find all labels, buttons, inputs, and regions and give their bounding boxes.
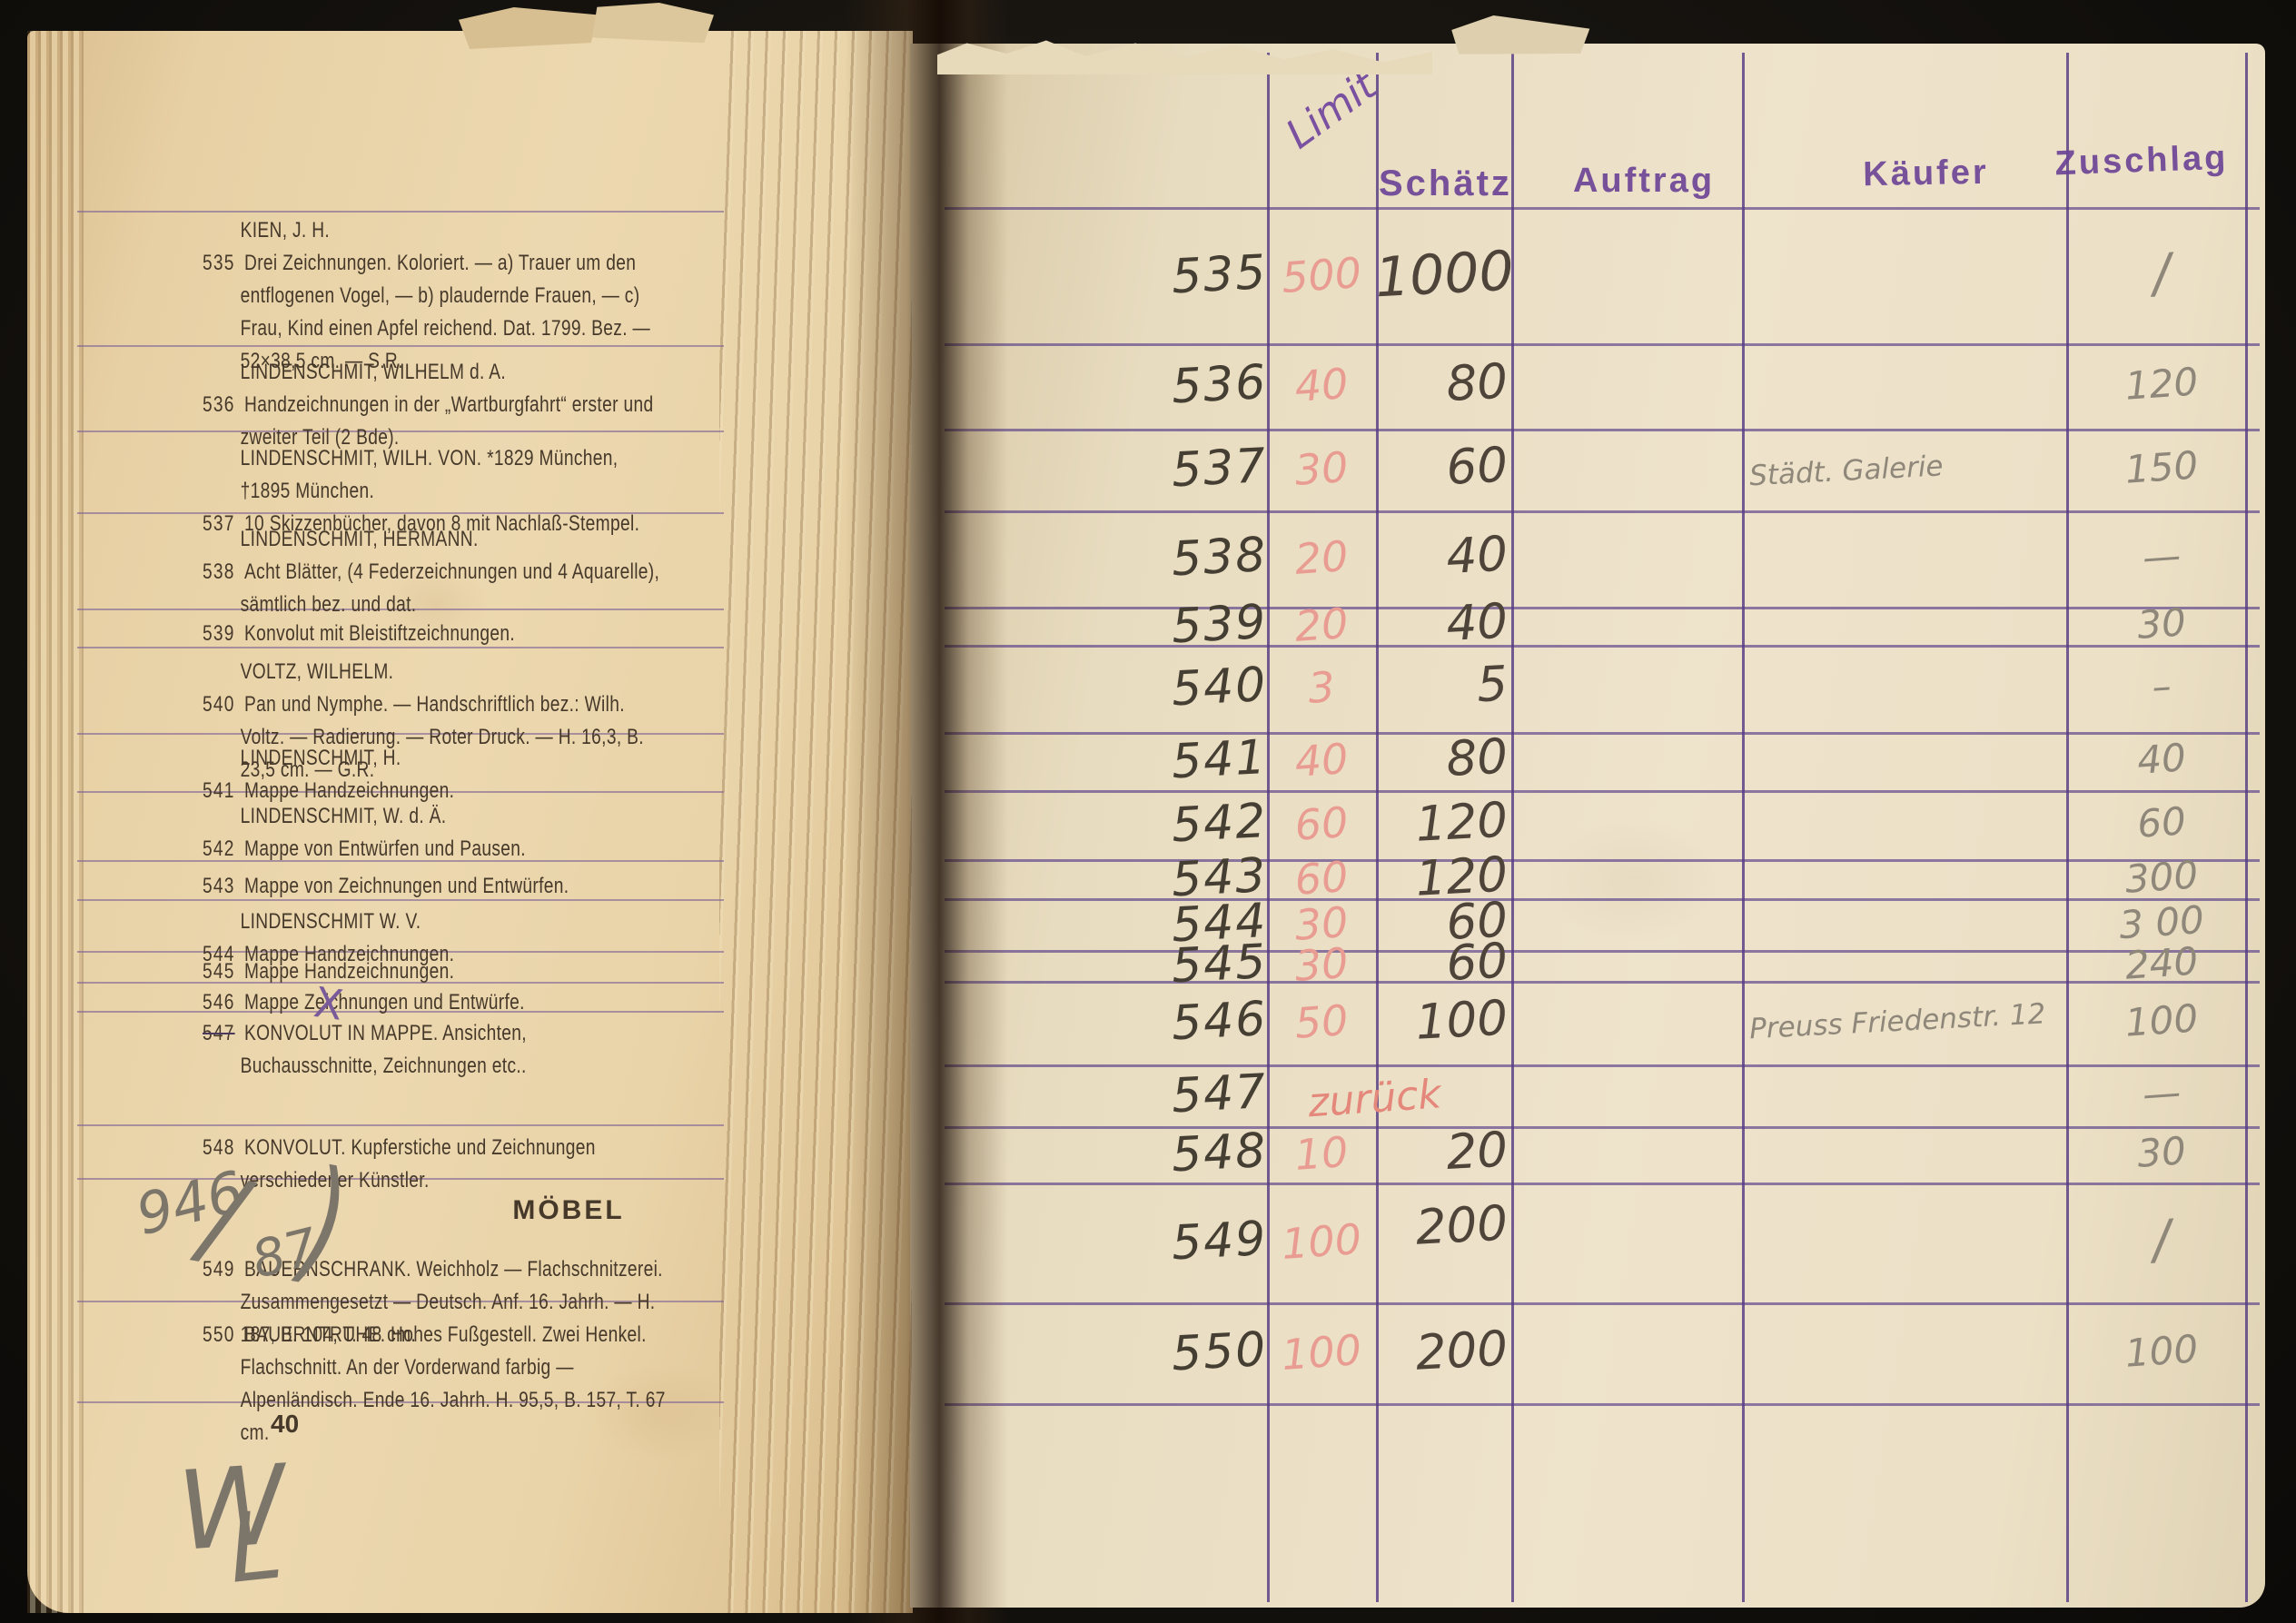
kaeufer-value: Preuss Friedenstr. 12: [1748, 996, 2069, 1045]
entry-description: 547KONVOLUT IN MAPPE. Ansichten, Buchaus…: [203, 1017, 668, 1083]
entry-description: 545Mappe Handzeichnungen.: [203, 955, 668, 988]
lot-number-hw: 540: [1170, 658, 1263, 717]
ledger-row: 541 40 80 40: [1172, 732, 2261, 790]
lot-number-hw: 535: [1170, 245, 1263, 304]
schaetz-value: 200: [1374, 1321, 1509, 1383]
catalog-entry: 546Mappe Zeichnungen und Entwürfe.: [203, 986, 668, 1019]
lot-number-hw: 546: [1170, 992, 1263, 1051]
kaeufer-value: [1749, 680, 2069, 697]
limit-value: 500: [1266, 247, 1376, 303]
lot-number: 545: [203, 959, 235, 984]
limit-value: 100: [1266, 1213, 1376, 1270]
lot-number-hw: 548: [1170, 1123, 1263, 1183]
catalog-entry: LINDENSCHMIT, H. 541Mappe Handzeichnunge…: [203, 742, 668, 807]
kaeufer-value: [1749, 1087, 2069, 1103]
lot-number-hw: 549: [1170, 1212, 1263, 1271]
catalog-entry: 545Mappe Handzeichnungen.: [203, 955, 668, 988]
catalog-entry: 539Konvolut mit Bleistiftzeichnungen.: [203, 618, 668, 650]
zuschlag-value: 30: [2072, 1123, 2252, 1181]
entry-description: 543Mappe von Zeichnungen und Entwürfen.: [203, 870, 668, 903]
zuschlag-value: 40: [2072, 730, 2252, 787]
ledger-row: 545 30 60 240: [1172, 950, 2261, 981]
artist-name: VOLTZ, WILHELM.: [203, 656, 668, 688]
limit-value: 60: [1266, 796, 1376, 852]
column-header-schaetz: Schätz: [1379, 163, 1511, 204]
lot-number-hw: 538: [1170, 528, 1263, 587]
zuschlag-value: ∕: [2071, 1202, 2252, 1277]
lot-number-hw: 542: [1170, 794, 1263, 853]
lot-number: 546: [203, 990, 235, 1014]
ledger-row: 543 60 120 300: [1172, 859, 2261, 898]
lot-number: 536: [203, 392, 235, 417]
ledger-row: 549 100 200 ∕: [1172, 1183, 2261, 1302]
ledger-row: 542 60 120 60: [1172, 790, 2261, 859]
limit-value: 50: [1266, 994, 1376, 1050]
artist-name: KIEN, J. H.: [203, 214, 668, 247]
zuschlag-value: 60: [2072, 794, 2252, 851]
entry-description: 548KONVOLUT. Kupferstiche und Zeichnunge…: [203, 1132, 668, 1197]
kaeufer-value: [1749, 957, 2069, 974]
entry-description: 539Konvolut mit Bleistiftzeichnungen.: [203, 618, 668, 650]
zuschlag-value: 100: [2072, 992, 2252, 1049]
artist-name: LINDENSCHMIT, W. d. Ä.: [203, 800, 668, 833]
entry-text: BAUERNTRUHE. Hohes Fußgestell. Zwei Henk…: [241, 1322, 666, 1445]
page-number: 40: [271, 1410, 299, 1439]
book-scan: KIEN, J. H. 535Drei Zeichnungen. Kolorie…: [0, 0, 2296, 1623]
schaetz-value: 100: [1374, 991, 1509, 1054]
artist-name: LINDENSCHMIT, H.: [203, 742, 668, 775]
entry-text: Handzeichnungen in der „Wartburgfahrt“ e…: [241, 392, 654, 450]
limit-value: 40: [1266, 357, 1376, 413]
ledger-row: 540 3 5 –: [1172, 645, 2261, 732]
entry-text: Mappe Handzeichnungen.: [244, 959, 454, 984]
rule-line: [77, 211, 724, 213]
column-header-auftrag: Auftrag: [1544, 162, 1744, 201]
catalog-entry: 547KONVOLUT IN MAPPE. Ansichten, Buchaus…: [203, 1017, 668, 1083]
artist-name: LINDENSCHMIT W. V.: [203, 906, 668, 938]
entry-description: 546Mappe Zeichnungen und Entwürfe.: [203, 986, 668, 1019]
artist-name: LINDENSCHMIT, WILH. VON. *1829 München, …: [203, 442, 668, 508]
schaetz-value: 200: [1374, 1196, 1509, 1259]
entry-text: Konvolut mit Bleistiftzeichnungen.: [244, 621, 515, 646]
kaeufer-value: [1749, 1234, 2069, 1251]
catalog-entry: 548KONVOLUT. Kupferstiche und Zeichnunge…: [203, 1132, 668, 1197]
schaetz-value: 40: [1374, 527, 1509, 589]
catalog-entry: LINDENSCHMIT, W. d. Ä. 542Mappe von Entw…: [203, 800, 668, 866]
lot-number: 542: [203, 836, 235, 861]
zuschlag-value: —: [2072, 1064, 2252, 1122]
ledger-row: 550 100 200 100: [1172, 1302, 2261, 1403]
zuschlag-value: ∕: [2071, 236, 2252, 311]
schaetz-value: 5: [1374, 657, 1509, 719]
limit-value: 3: [1266, 659, 1376, 716]
catalog-entry: LINDENSCHMIT, HERMANN. 538Acht Blätter, …: [203, 523, 668, 621]
zuschlag-value: 100: [2072, 1322, 2252, 1380]
zuschlag-value: 150: [2072, 439, 2252, 496]
kaeufer-value: [1749, 268, 2069, 284]
zuschlag-value: –: [2072, 658, 2252, 715]
lot-number-struck: 547: [203, 1021, 235, 1045]
limit-value: 20: [1266, 529, 1376, 586]
kaeufer-value: [1749, 753, 2069, 769]
entry-text: Drei Zeichnungen. Koloriert. — a) Trauer…: [241, 251, 650, 373]
limit-value: 30: [1266, 440, 1376, 497]
rule-line: [77, 1124, 724, 1126]
artist-name: LINDENSCHMIT, HERMANN.: [203, 523, 668, 556]
lot-number-hw: 541: [1170, 730, 1263, 789]
zuschlag-value: —: [2072, 528, 2252, 585]
zuschlag-value: 120: [2072, 355, 2252, 412]
ledger-row: 539 20 40 30: [1172, 607, 2261, 645]
section-heading: MÖBEL: [487, 1195, 650, 1226]
entry-text: Acht Blätter, (4 Federzeichnungen und 4 …: [241, 559, 660, 617]
kaeufer-value: [1749, 870, 2069, 886]
red-withdrawn-note: zurück: [1307, 1060, 1609, 1127]
kaeufer-value: [1749, 1146, 2069, 1163]
lot-number: 550: [203, 1322, 235, 1347]
schaetz-value: 120: [1374, 793, 1509, 856]
entry-text: Mappe von Entwürfen und Pausen.: [244, 836, 526, 861]
column-header-kaeufer: Käufer: [1824, 153, 2029, 195]
limit-value: 100: [1266, 1323, 1376, 1380]
ledger-row: 546 50 100 Preuss Friedenstr. 12 100: [1172, 981, 2261, 1064]
kaeufer-value: [1749, 915, 2069, 932]
torn-paper-scrap: [459, 7, 597, 49]
entry-description: 542Mappe von Entwürfen und Pausen.: [203, 833, 668, 866]
catalog-entry: LINDENSCHMIT, WILHELM d. A. 536Handzeich…: [203, 356, 668, 454]
catalog-entry: 543Mappe von Zeichnungen und Entwürfen.: [203, 870, 668, 903]
column-header-zuschlag: Zuschlag: [2032, 138, 2251, 184]
lot-number: 539: [203, 621, 235, 646]
lot-number: 541: [203, 778, 235, 803]
catalog-entry: KIEN, J. H. 535Drei Zeichnungen. Kolorie…: [203, 214, 668, 378]
schaetz-value: 80: [1374, 729, 1509, 792]
kaeufer-value: [1749, 1344, 2069, 1361]
entry-text: KONVOLUT. Kupferstiche und Zeichnungen v…: [241, 1135, 596, 1193]
torn-paper-scrap: [1450, 14, 1589, 58]
schaetz-value: 80: [1374, 354, 1509, 417]
schaetz-value: 20: [1374, 1123, 1509, 1185]
ledger-row: 548 10 20 30: [1172, 1126, 2261, 1183]
kaeufer-value: [1749, 378, 2069, 394]
entry-text: Mappe Zeichnungen und Entwürfe.: [244, 990, 525, 1014]
schaetz-value: 60: [1374, 438, 1509, 500]
ledger-row: 547 zurück —: [1172, 1064, 2261, 1126]
entry-text: KONVOLUT IN MAPPE. Ansichten, Buchaussch…: [241, 1021, 527, 1078]
kaeufer-value: [1749, 816, 2069, 833]
ledger-row: 537 30 60 Städt. Galerie 150: [1172, 429, 2261, 510]
kaeufer-value: Städt. Galerie: [1748, 443, 2069, 492]
entry-text: Mappe von Zeichnungen und Entwürfen.: [244, 874, 569, 898]
lot-number: 543: [203, 874, 235, 898]
rule-line: [945, 1403, 2260, 1406]
lot-number-hw: 550: [1170, 1322, 1263, 1381]
ledger-row: 535 500 1000 ∕: [1172, 209, 2261, 343]
lot-number-hw: 547: [1170, 1064, 1263, 1123]
lot-number-hw: 536: [1170, 355, 1263, 414]
limit-value: 10: [1266, 1125, 1376, 1182]
lot-number-hw: 537: [1170, 439, 1263, 498]
artist-name: LINDENSCHMIT, WILHELM d. A.: [203, 356, 668, 389]
lot-number: 540: [203, 692, 235, 717]
ledger-row: 538 20 40 —: [1172, 510, 2261, 607]
entry-text: Mappe Handzeichnungen.: [244, 778, 454, 803]
ledger-row: 536 40 80 120: [1172, 343, 2261, 429]
lot-number: 535: [203, 251, 235, 275]
kaeufer-value: [1749, 550, 2069, 567]
limit-value: 40: [1266, 732, 1376, 788]
entry-description: 538Acht Blätter, (4 Federzeichnungen und…: [203, 556, 668, 621]
kaeufer-value: [1749, 618, 2069, 634]
schaetz-value: 1000: [1373, 240, 1509, 311]
lot-number: 538: [203, 559, 235, 584]
